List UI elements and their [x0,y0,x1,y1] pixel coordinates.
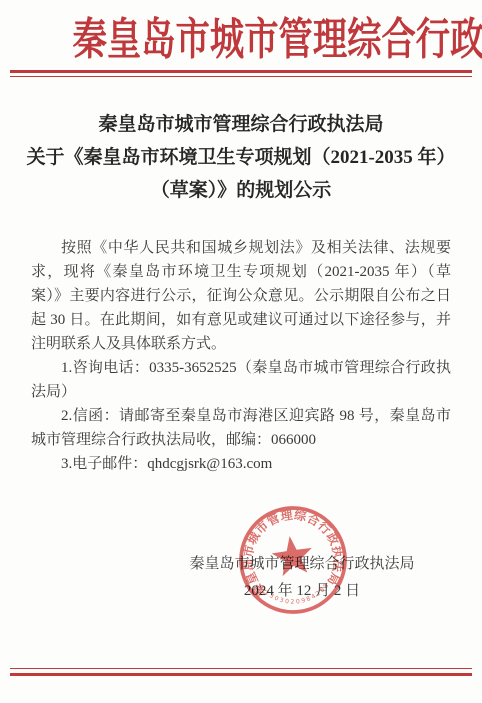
letterhead-double-rule [10,70,472,77]
doc-title: 秦皇岛市城市管理综合行政执法局 关于《秦皇岛市环境卫生专项规划（2021-203… [16,108,466,207]
signature-date: 2024 年 12 月 2 日 [160,578,444,605]
body-intro-paragraph: 按照《中华人民共和国城乡规划法》及相关法律、法规要求，现将《秦皇岛市环境卫生专项… [31,236,451,356]
footer-double-rule [10,668,472,676]
letterhead: 秦皇岛市城市管理综合行政执法局 [0,12,482,68]
document-page: 秦皇岛市城市管理综合行政执法局 秦皇岛市城市管理综合行政执法局 关于《秦皇岛市环… [0,0,482,703]
doc-title-line-3: （草案）》的规划公示 [16,174,466,207]
contact-item-email: 3.电子邮件：qhdcgjsrk@163.com [31,452,451,476]
doc-body: 按照《中华人民共和国城乡规划法》及相关法律、法规要求，现将《秦皇岛市环境卫生专项… [31,236,451,476]
doc-title-line-2: 关于《秦皇岛市环境卫生专项规划（2021-2035 年） [16,141,466,174]
letterhead-org-name: 秦皇岛市城市管理综合行政执法局 [73,12,482,68]
signature-org: 秦皇岛市城市管理综合行政执法局 [160,551,444,578]
signature-block: 秦皇岛市城市管理综合行政执法局 2024 年 12 月 2 日 [160,551,444,605]
doc-title-line-1: 秦皇岛市城市管理综合行政执法局 [16,108,466,141]
contact-item-phone: 1.咨询电话：0335-3652525（秦皇岛市城市管理综合行政执法局） [31,356,451,404]
contact-item-mail: 2.信函：请邮寄至秦皇岛市海港区迎宾路 98 号，秦皇岛市城市管理综合行政执法局… [31,404,451,452]
